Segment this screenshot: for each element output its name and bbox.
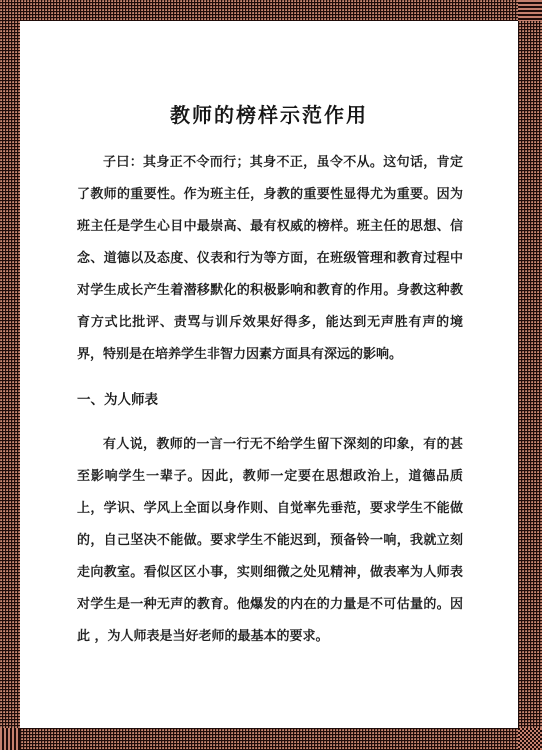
section-heading-1: 一、为人师表 <box>77 384 463 416</box>
frame-corner-bottom-left <box>0 728 20 750</box>
decorative-frame: 教师的榜样示范作用 子曰：其身正不令而行；其身不正，虽令不从。这句话，肯定了教师… <box>0 0 542 750</box>
document-body: 子曰：其身正不令而行；其身不正，虽令不从。这句话，肯定了教师的重要性。作为班主任… <box>20 127 518 653</box>
frame-corner-top-right <box>518 0 542 21</box>
document-page: 教师的榜样示范作用 子曰：其身正不令而行；其身不正，虽令不从。这句话，肯定了教师… <box>20 21 518 728</box>
paragraph-section-1: 有人说，教师的一言一行无不给学生留下深刻的印象，有的甚至影响学生一辈子。因此，教… <box>77 429 463 653</box>
paragraph-intro: 子曰：其身正不令而行；其身不正，虽令不从。这句话，肯定了教师的重要性。作为班主任… <box>77 147 463 371</box>
document-title: 教师的榜样示范作用 <box>76 103 462 127</box>
frame-corner-bottom-right <box>518 728 542 750</box>
